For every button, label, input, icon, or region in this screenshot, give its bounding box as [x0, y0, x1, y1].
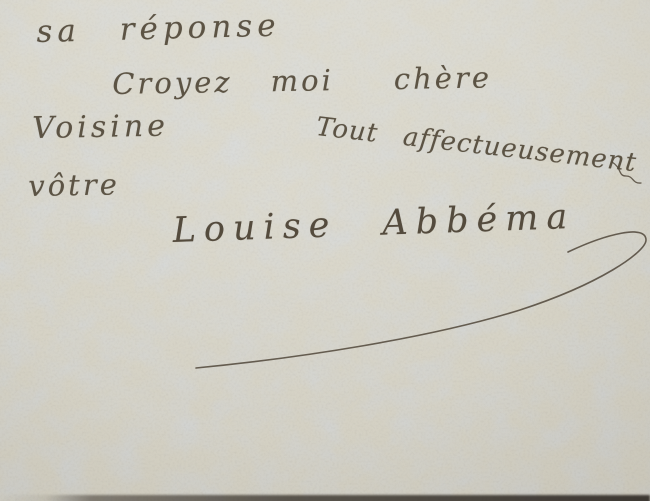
letter-line-1-text: sa réponse: [36, 8, 281, 50]
letter-line-4-text: vôtre: [28, 167, 120, 203]
letter-photograph: sa réponse Croyezmoichère Voisine Tout a…: [0, 0, 650, 501]
letter-line-3-left-text: Voisine: [32, 109, 169, 146]
signature: Louise Abbéma: [172, 197, 576, 251]
letter-line-2: Croyezmoichère: [112, 60, 492, 101]
letter-line-4: vôtre: [28, 167, 120, 203]
page-edge-shadow: [0, 495, 650, 501]
signature-text: Louise Abbéma: [172, 197, 576, 251]
letter-line-2-word-1: Croyez: [112, 65, 233, 101]
letter-line-3-left: Voisine: [32, 109, 169, 146]
letter-line-3-right-text: Tout affectueusement: [315, 112, 639, 178]
letter-line-3-right: Tout affectueusement: [315, 112, 639, 178]
letter-line-1: sa réponse: [36, 8, 281, 50]
letter-line-2-word-3: chère: [394, 60, 493, 96]
letter-line-2-word-2: moi: [270, 63, 334, 98]
